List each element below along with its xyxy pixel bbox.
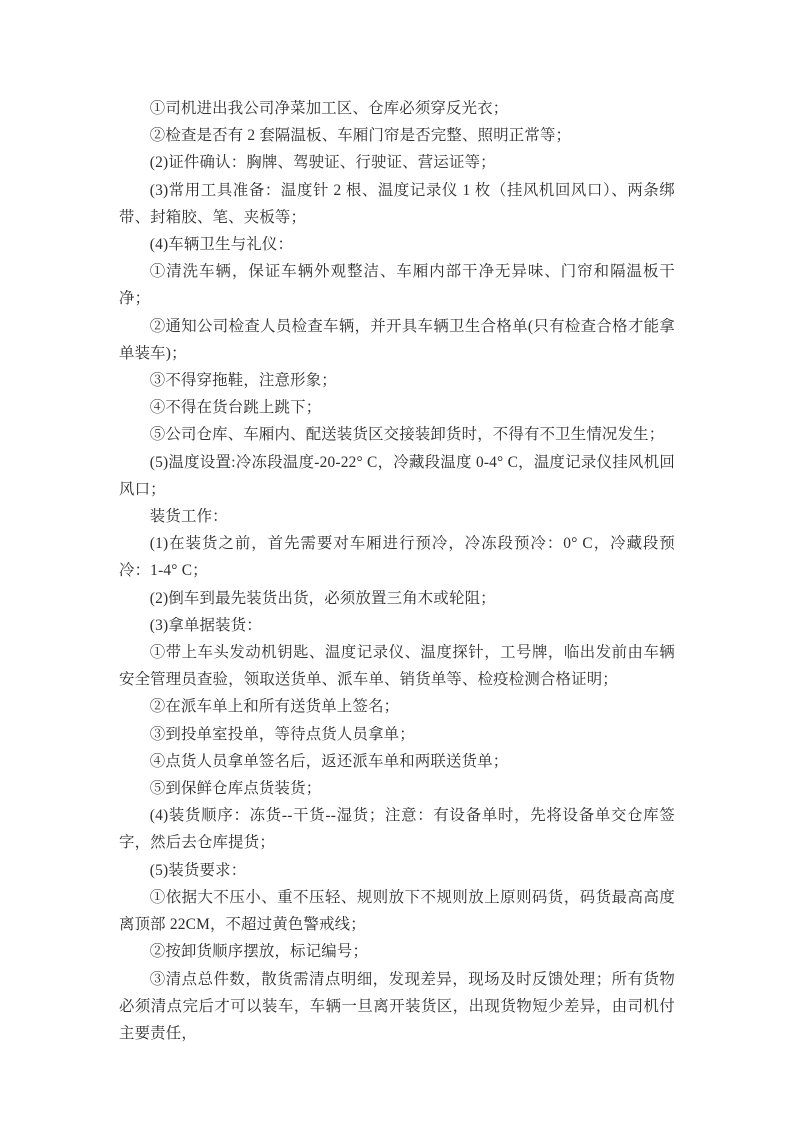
paragraph-3: (2)证件确认：胸牌、驾驶证、行驶证、营运证等； (119, 149, 675, 176)
paragraph-18: ③到投单室投单，等待点货人员拿单； (119, 721, 675, 748)
paragraph-2: ②检查是否有 2 套隔温板、车厢门帘是否完整、照明正常等； (119, 122, 675, 149)
paragraph-10: ⑤公司仓库、车厢内、配送装货区交接装卸货时，不得有不卫生情况发生； (119, 421, 675, 448)
paragraph-6: ①清洗车辆，保证车辆外观整洁、车厢内部干净无异味、门帘和隔温板干净； (119, 258, 675, 312)
paragraph-4: (3)常用工具准备：温度针 2 根、温度记录仪 1 枚（挂风机回风口）、两条绑带… (119, 177, 675, 231)
paragraph-21: (4)装货顺序：冻货--干货--湿货；注意：有设备单时，先将设备单交仓库签字，然… (119, 802, 675, 856)
paragraph-16: ①带上车头发动机钥匙、温度记录仪、温度探针，工号牌，临出发前由车辆安全管理员查验… (119, 639, 675, 693)
paragraph-15: (3)拿单据装货： (119, 612, 675, 639)
paragraph-24: ②按卸货顺序摆放，标记编号； (119, 938, 675, 965)
paragraph-25: ③清点总件数，散货需清点明细，发现差异，现场及时反馈处理；所有货物必须清点完后才… (119, 966, 675, 1048)
paragraph-13: (1)在装货之前，首先需要对车厢进行预冷，冷冻段预冷：0° C，冷藏段预冷：1-… (119, 530, 675, 584)
paragraph-14: (2)倒车到最先装货出货，必须放置三角木或轮阻； (119, 585, 675, 612)
paragraph-23: ①依据大不压小、重不压轻、规则放下不规则放上原则码货，码货最高高度离顶部 22C… (119, 884, 675, 938)
document-page: ①司机进出我公司净菜加工区、仓库必须穿反光衣； ②检查是否有 2 套隔温板、车厢… (0, 0, 793, 1122)
paragraph-11: (5)温度设置:冷冻段温度-20-22° C，冷藏段温度 0-4° C，温度记录… (119, 449, 675, 503)
paragraph-7: ②通知公司检查人员检查车辆，并开具车辆卫生合格单(只有检查合格才能拿单装车)； (119, 313, 675, 367)
paragraph-17: ②在派车单上和所有送货单上签名； (119, 693, 675, 720)
paragraph-5: (4)车辆卫生与礼仪： (119, 231, 675, 258)
paragraph-19: ④点货人员拿单签名后，返还派车单和两联送货单； (119, 748, 675, 775)
paragraph-22: (5)装货要求： (119, 857, 675, 884)
paragraph-1: ①司机进出我公司净菜加工区、仓库必须穿反光衣； (119, 95, 675, 122)
paragraph-12: 装货工作： (119, 503, 675, 530)
paragraph-9: ④不得在货台跳上跳下； (119, 394, 675, 421)
paragraph-20: ⑤到保鲜仓库点货装货； (119, 775, 675, 802)
paragraph-8: ③不得穿拖鞋，注意形象； (119, 367, 675, 394)
